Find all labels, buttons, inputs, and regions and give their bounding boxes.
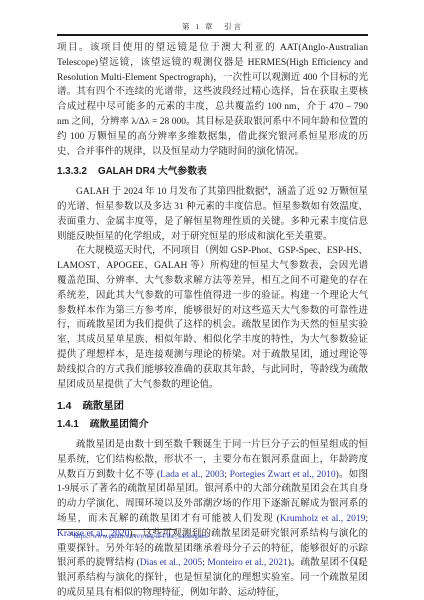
page-number: 11	[57, 557, 368, 566]
section-heading-1-4: 1.4疏散星团	[57, 400, 368, 415]
footnote: 4https://www.galah-survey.org/dr4/the_ca…	[57, 533, 368, 540]
citation-link[interactable]: Krumholz et al., 2019	[280, 514, 366, 524]
section-heading-1-3-3-2: 1.3.3.2GALAH DR4 大气参数表	[57, 165, 368, 180]
section-heading-1-4-1: 1.4.1疏散星团简介	[57, 418, 368, 433]
section-title: GALAH DR4 大气参数表	[98, 166, 207, 177]
citation-link[interactable]: Portegies Zwart et al., 2010	[230, 470, 336, 480]
text-run: ;	[365, 514, 368, 524]
text-run: 在大规模巡天时代，不同项目（例如 GSP-Phot、GSP-Spec、ESP-H…	[57, 246, 368, 389]
citation-link[interactable]: Lada et al., 2003	[160, 470, 224, 480]
running-header: 第 1 章 引言	[57, 21, 368, 32]
section-number: 1.4.1	[57, 419, 79, 430]
footnote-link[interactable]: https://www.galah-survey.org/dr4/the_cat…	[74, 533, 209, 540]
section-number: 1.3.3.2	[57, 166, 87, 177]
footnote-area: 4https://www.galah-survey.org/dr4/the_ca…	[57, 529, 368, 540]
section-number: 1.4	[57, 401, 71, 412]
footnote-marker: 4	[70, 532, 73, 537]
paragraph-telescope: 项目。该项目使用的望远镜是位于澳大利亚的 AAT(Anglo-Australia…	[57, 41, 368, 159]
chapter-label: 第 1 章 引言	[182, 22, 243, 31]
paragraph-survey-comparison: 在大规模巡天时代，不同项目（例如 GSP-Phot、GSP-Spec、ESP-H…	[57, 244, 368, 392]
paragraph-galah-dr4: GALAH 于 2024 年 10 月发布了其第四批数据4，涵盖了近 92 万颗…	[57, 185, 368, 244]
footnote-divider	[57, 529, 175, 530]
page-content: 项目。该项目使用的望远镜是位于澳大利亚的 AAT(Anglo-Australia…	[57, 41, 368, 600]
section-title: 疏散星团简介	[90, 419, 149, 430]
paragraph-open-clusters: 疏散星团是由数十到至数千颗诞生于同一片巨分子云的恒星组成的恒星系统，它们结构松散…	[57, 438, 368, 600]
text-run: GALAH 于 2024 年 10 月发布了其第四批数据	[76, 187, 264, 197]
header-divider	[57, 34, 368, 36]
section-title: 疏散星团	[82, 401, 124, 412]
document-page: 第 1 章 引言 项目。该项目使用的望远镜是位于澳大利亚的 AAT(Anglo-…	[0, 0, 424, 600]
text-run: 项目。该项目使用的望远镜是位于澳大利亚的 AAT(Anglo-Australia…	[57, 43, 368, 157]
